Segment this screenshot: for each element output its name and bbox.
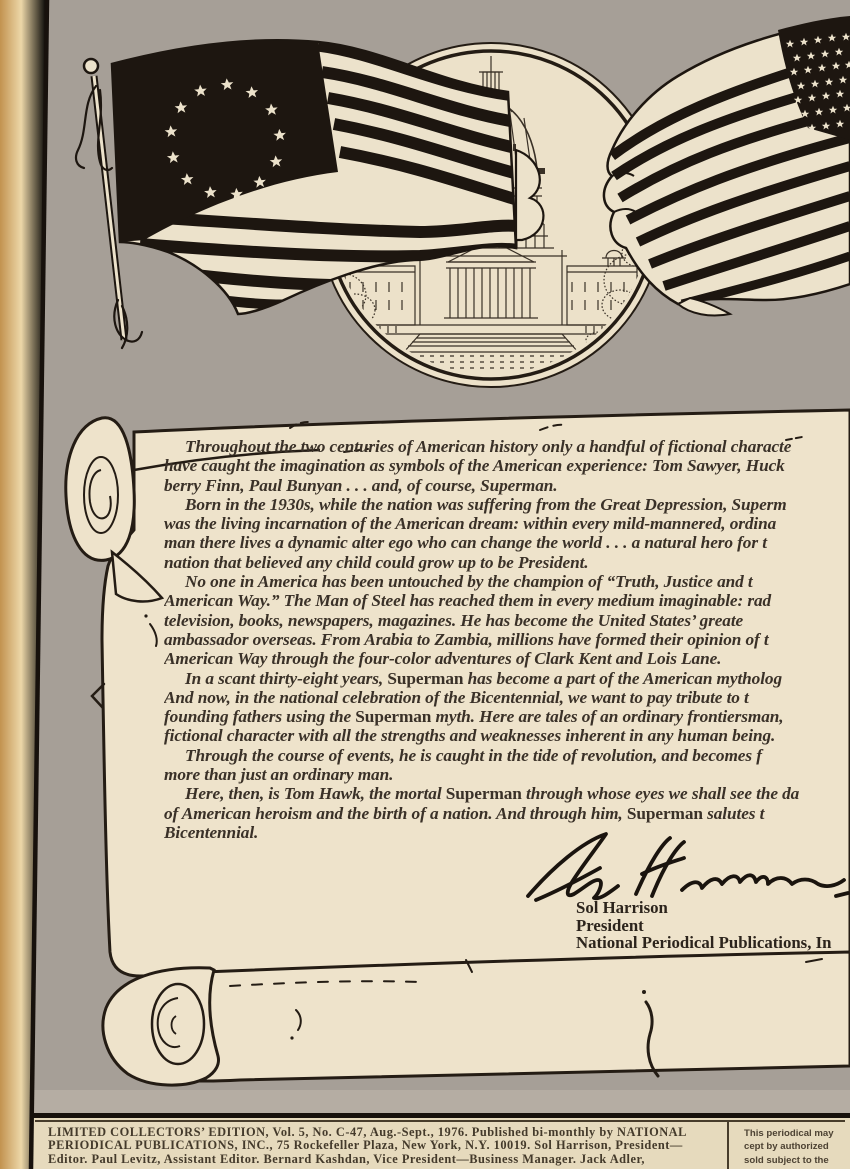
bottom-light-band <box>0 1090 850 1113</box>
indicia-column-divider <box>727 1120 729 1169</box>
editorial-line: Throughout the two centuries of American… <box>164 437 850 456</box>
editorial-line: And now, in the national celebration of … <box>164 688 850 707</box>
editorial-line: man there lives a dynamic alter ego who … <box>164 533 850 552</box>
pole-finial-ball <box>84 59 98 73</box>
indicia-line: cept by authorized <box>744 1140 834 1153</box>
indicia-line: PERIODICAL PUBLICATIONS, INC., 75 Rockef… <box>48 1139 687 1152</box>
signature-block: Sol Harrison President National Periodic… <box>576 899 831 952</box>
editorial-line: more than just an ordinary man. <box>164 765 850 784</box>
editorial-line: berry Finn, Paul Bunyan . . . and, of co… <box>164 476 850 495</box>
editorial-line: American Way.” The Man of Steel has reac… <box>164 591 850 610</box>
editorial-line: nation that believed any child could gro… <box>164 553 850 572</box>
indicia-line: Editor. Paul Levitz, Assistant Editor. B… <box>48 1153 687 1166</box>
editorial-line: Through the course of events, he is caug… <box>164 746 850 765</box>
indicia-top-rule <box>35 1120 845 1122</box>
comic-inside-cover-page: Throughout the two centuries of American… <box>0 0 850 1169</box>
editorial-line: ambassador overseas. From Arabia to Zamb… <box>164 630 850 649</box>
editorial-line: was the living incarnation of the Americ… <box>164 514 850 533</box>
editorial-text: Throughout the two centuries of American… <box>164 437 850 842</box>
editorial-line: No one in America has been untouched by … <box>164 572 850 591</box>
indicia-right-column: This periodical maycept by authorizedsol… <box>744 1127 834 1167</box>
editorial-line: Here, then, is Tom Hawk, the mortal Supe… <box>164 784 850 803</box>
scroll-bottom-band <box>149 952 850 1081</box>
editorial-line: have caught the imagination as symbols o… <box>164 456 850 475</box>
bottom-border-line <box>0 1113 850 1118</box>
indicia-left-column: LIMITED COLLECTORS’ EDITION, Vol. 5, No.… <box>48 1126 687 1166</box>
editorial-line: American Way through the four-color adve… <box>164 649 850 668</box>
editorial-line: television, books, newspapers, magazines… <box>164 611 850 630</box>
signature-title: President <box>576 917 831 935</box>
editorial-line: founding fathers using the Superman myth… <box>164 707 850 726</box>
editorial-line: fictional character with all the strengt… <box>164 726 850 745</box>
indicia-line: LIMITED COLLECTORS’ EDITION, Vol. 5, No.… <box>48 1126 687 1139</box>
signature-name: Sol Harrison <box>576 899 831 917</box>
editorial-line: Bicentennial. <box>164 823 850 842</box>
editorial-line: of American heroism and the birth of a n… <box>164 804 850 823</box>
signature-company: National Periodical Publications, In <box>576 934 831 952</box>
indicia-line: sold subject to the <box>744 1154 834 1167</box>
scroll-top-roll <box>66 418 135 561</box>
editorial-line: Born in the 1930s, while the nation was … <box>164 495 850 514</box>
indicia-line: This periodical may <box>744 1127 834 1140</box>
editorial-line: In a scant thirty-eight years, Superman … <box>164 669 850 688</box>
